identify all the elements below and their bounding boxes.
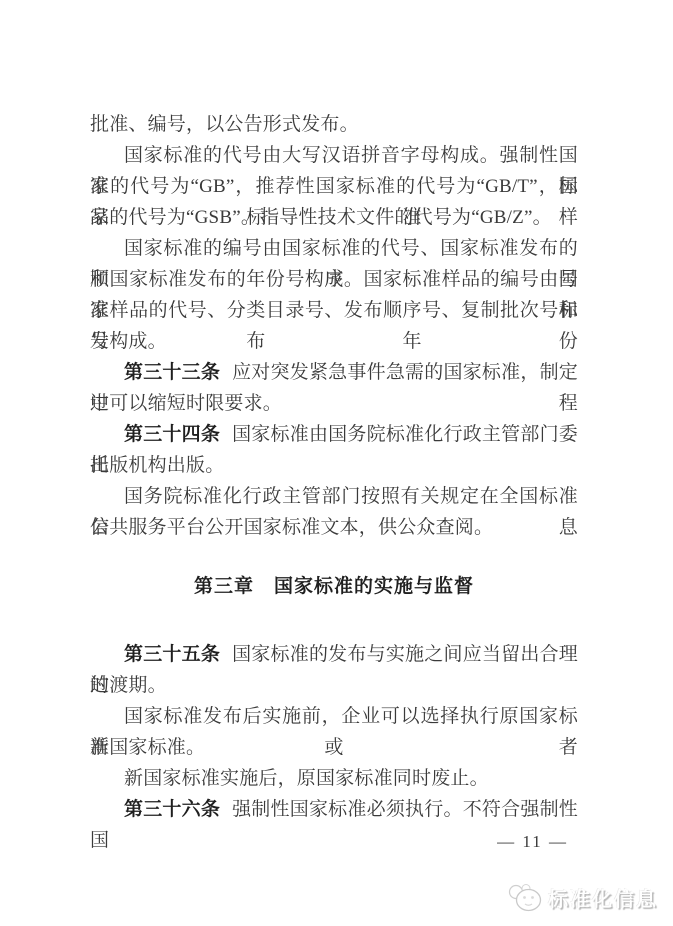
text-line: 新国家标准实施后，原国家标准同时废止。 <box>90 763 578 794</box>
brand-watermark: 标准化信息 <box>506 882 658 913</box>
text-line: 第三十六条强制性国家标准必须执行。不符合强制性国 <box>90 794 578 825</box>
panda-logo-icon <box>506 882 543 913</box>
article-number: 第三十四条 <box>124 424 220 445</box>
page-number: — 11 — <box>497 831 568 853</box>
text-line: 国家标准的编号由国家标准的代号、国家标准发布的顺序号 <box>90 233 578 264</box>
line-text: 批准、编号，以公告形式发布。 <box>90 114 359 135</box>
text-line: 国务院标准化行政主管部门按照有关规定在全国标准信息 <box>90 481 578 512</box>
line-text: 号构成。 <box>90 331 167 352</box>
text-line: 和国家标准发布的年份号构成。国家标准样品的编号由国家标 <box>90 264 578 295</box>
article-number: 第三十三条 <box>124 362 220 383</box>
text-line: 准的代号为“GB”，推荐性国家标准的代号为“GB/T”，国家标准样 <box>90 171 578 202</box>
line-text: 新国家标准。 <box>90 737 205 758</box>
text-line: 品的代号为“GSB”。指导性技术文件的代号为“GB/Z”。 <box>90 202 578 233</box>
article-number: 第三十六条 <box>124 799 220 820</box>
text-line: 第三十三条应对突发紧急事件急需的国家标准，制定过程 <box>90 357 578 388</box>
text-line: 第三十四条国家标准由国务院标准化行政主管部门委托 <box>90 419 578 450</box>
document-page: 批准、编号，以公告形式发布。 国家标准的代号由大写汉语拼音字母构成。强制性国家标… <box>0 0 673 926</box>
line-text: 过渡期。 <box>90 675 167 696</box>
line-text: 出版机构出版。 <box>90 455 224 476</box>
article-number: 第三十五条 <box>124 644 220 665</box>
text-line: 准样品的代号、分类目录号、发布顺序号、复制批次号和发布年份 <box>90 295 578 326</box>
text-line: 出版机构出版。 <box>90 450 578 481</box>
chapter-heading: 第三章 国家标准的实施与监督 <box>90 571 578 602</box>
text-block: 批准、编号，以公告形式发布。 国家标准的代号由大写汉语拼音字母构成。强制性国家标… <box>90 109 578 825</box>
line-text: 新国家标准实施后，原国家标准同时废止。 <box>124 768 489 789</box>
line-text: 品的代号为“GSB”。指导性技术文件的代号为“GB/Z”。 <box>90 207 552 228</box>
line-text: 公共服务平台公开国家标准文本，供公众查阅。 <box>90 517 493 538</box>
text-line: 国家标准发布后实施前，企业可以选择执行原国家标准或者 <box>90 701 578 732</box>
text-line: 过渡期。 <box>90 670 578 701</box>
text-line: 国家标准的代号由大写汉语拼音字母构成。强制性国家标 <box>90 140 578 171</box>
line-text: 中可以缩短时限要求。 <box>90 393 282 414</box>
text-line: 第三十五条国家标准的发布与实施之间应当留出合理的 <box>90 639 578 670</box>
watermark-label: 标准化信息 <box>548 883 658 912</box>
text-line: 批准、编号，以公告形式发布。 <box>90 109 578 140</box>
